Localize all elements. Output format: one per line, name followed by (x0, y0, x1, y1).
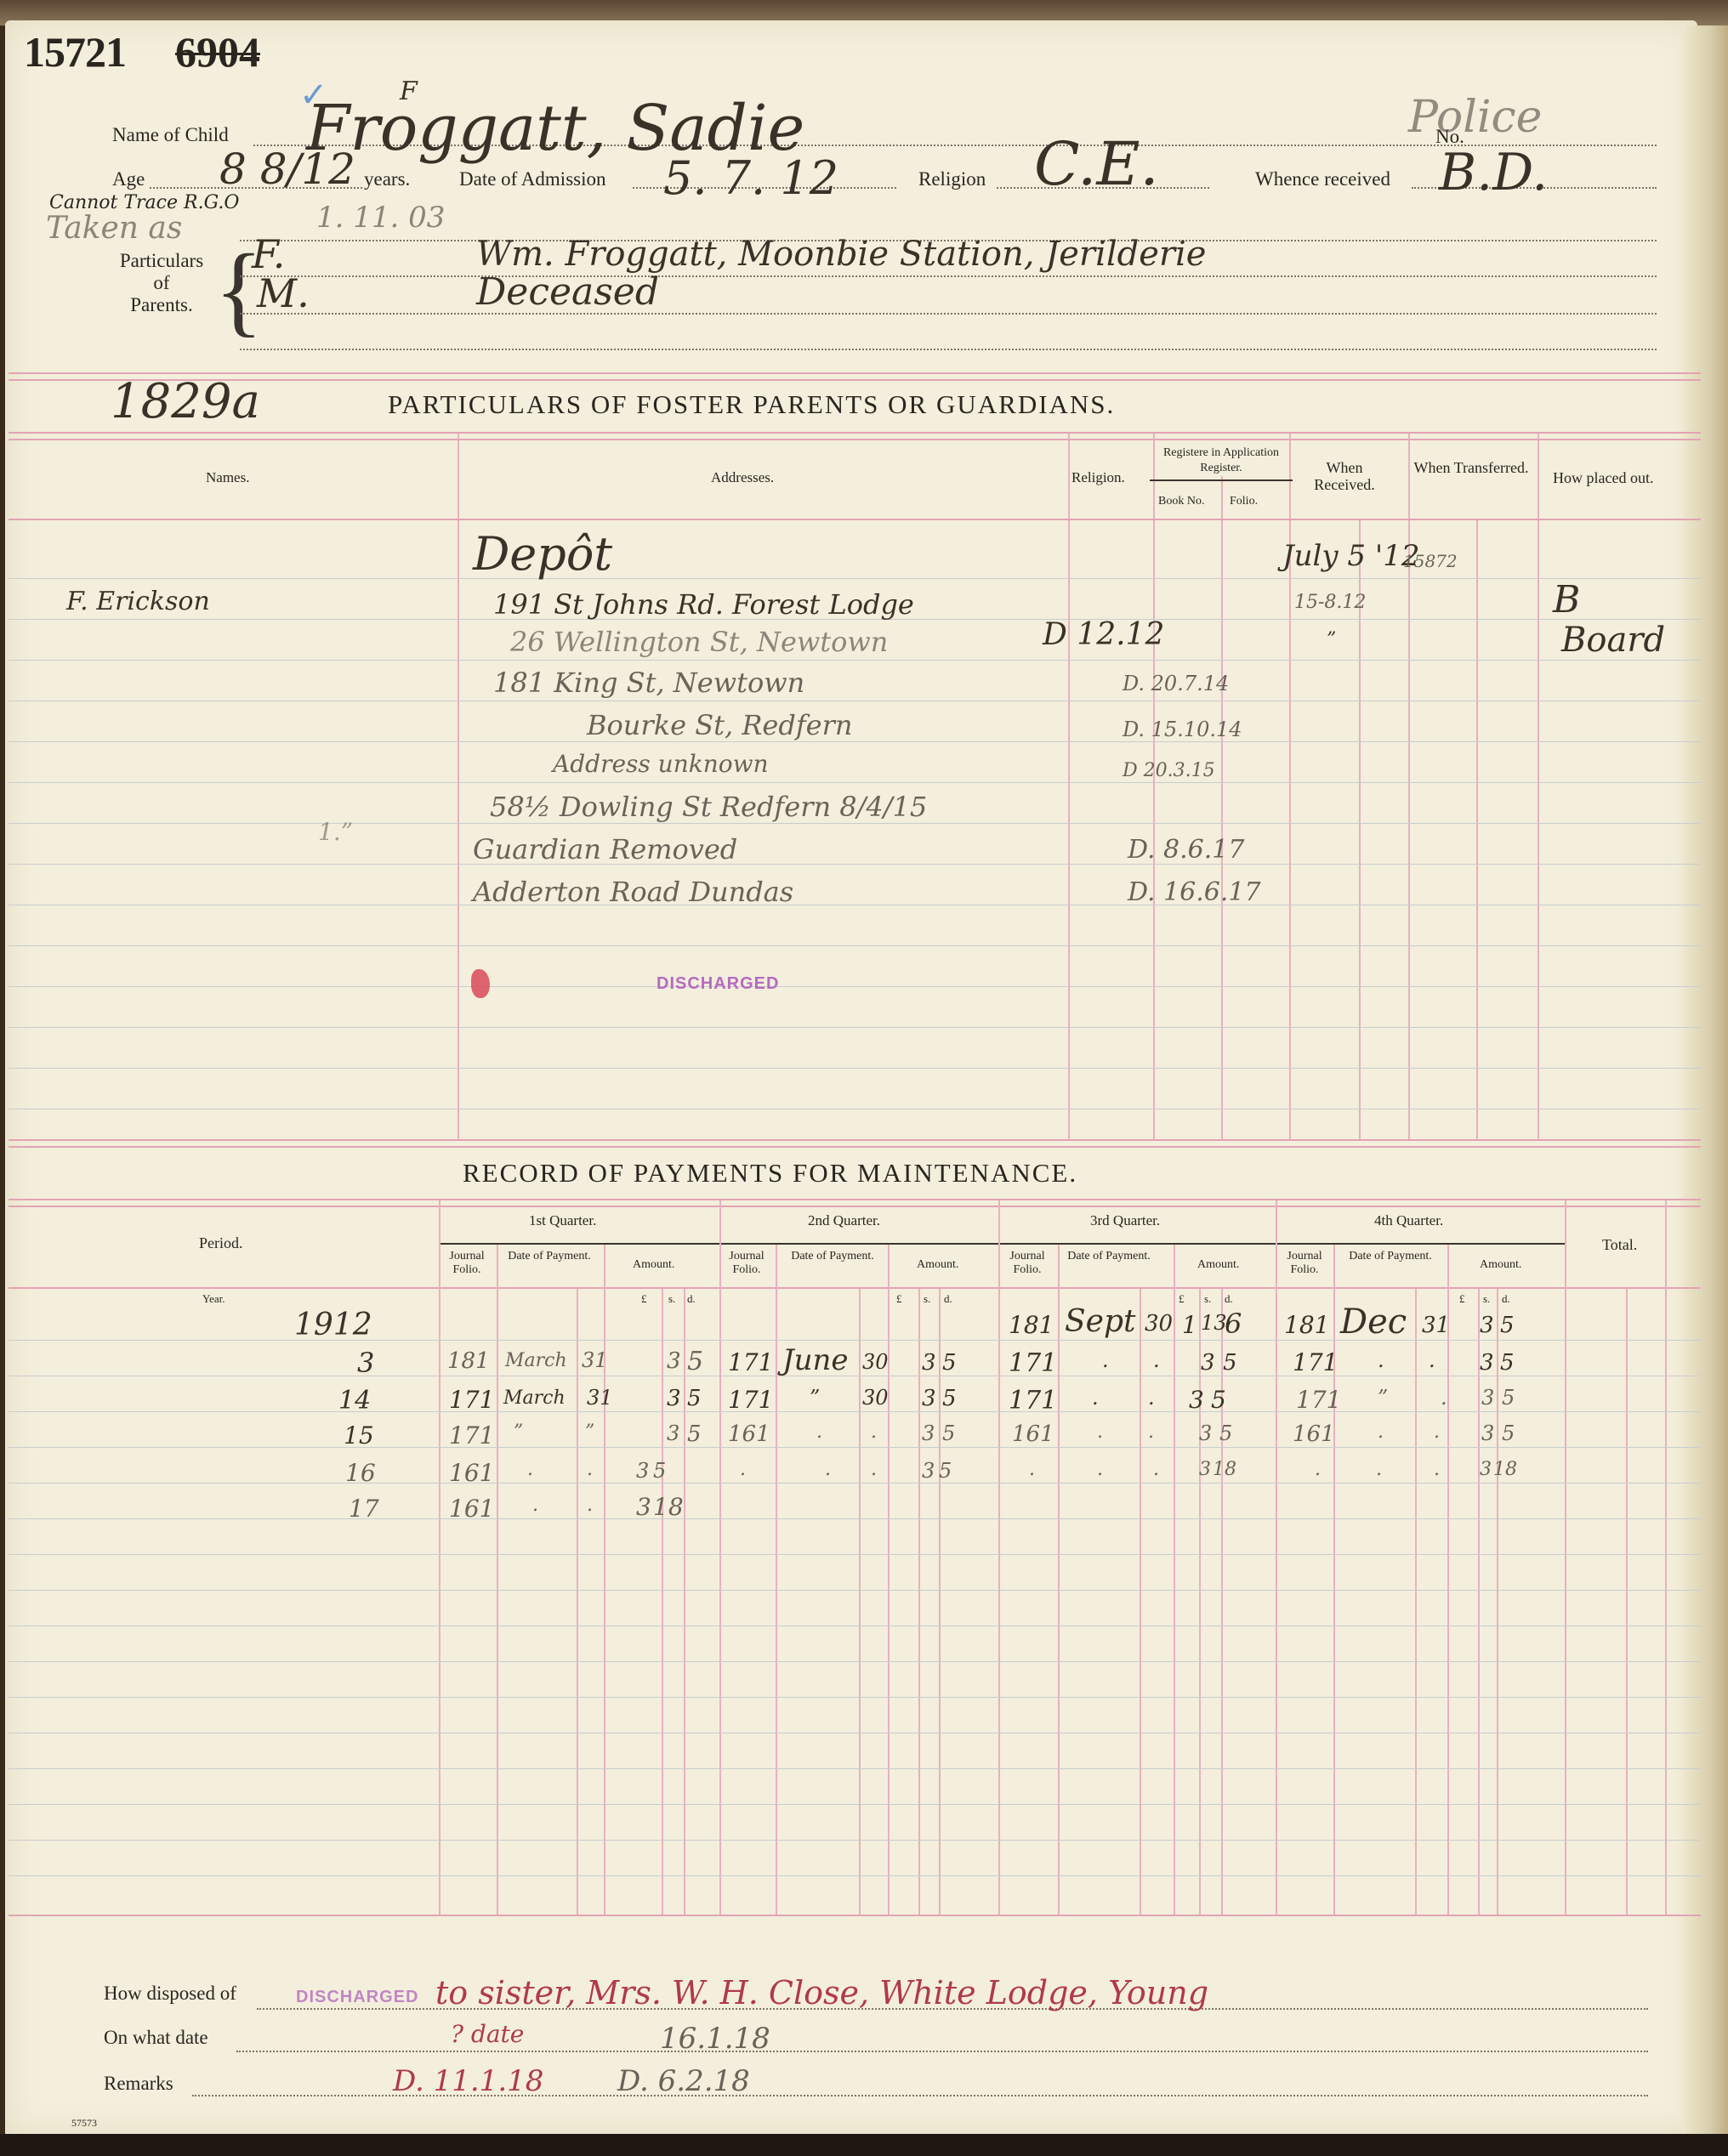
payment-shillings: 3 (1480, 1350, 1494, 1376)
col-divider (604, 1245, 605, 1915)
ruled-line (9, 1447, 1701, 1448)
col-divider (939, 1289, 941, 1915)
ruled-line (9, 905, 1701, 905)
payment-day: . (1148, 1421, 1154, 1443)
col-shillings: s. (1204, 1292, 1211, 1306)
payment-pence: 5 (1500, 1313, 1515, 1338)
col-divider (1447, 1245, 1449, 1915)
ruled-line (9, 660, 1701, 661)
col-divider (1221, 476, 1223, 1139)
whence-value: B.D. (1439, 143, 1548, 202)
label-whence-received: Whence received (1255, 168, 1390, 190)
payment-date: June (782, 1343, 849, 1377)
religion-value: C.E. (1034, 129, 1159, 199)
label-date-of-admission: Date of Admission (459, 168, 606, 190)
payment-day: . (871, 1421, 877, 1443)
col-quarter-4: 4th Quarter. (1374, 1212, 1443, 1229)
foster-row-address: Guardian Removed (473, 833, 737, 865)
foster-row-address: Depôt (473, 527, 612, 581)
col-pence: d. (687, 1292, 696, 1306)
ruled-line (9, 1804, 1701, 1805)
payment-date: . (1102, 1348, 1109, 1372)
col-divider (776, 1245, 777, 1915)
foster-row-dates: D 20.3.15 (1123, 760, 1215, 781)
label-on-what-date: On what date (104, 2027, 208, 2049)
label-how-disposed-of: How disposed of (104, 1983, 236, 2005)
col-divider (719, 1200, 721, 1915)
payment-shillings: 3 (1189, 1386, 1204, 1414)
col-addresses: Addresses. (711, 469, 774, 486)
payment-day: 31 (582, 1348, 608, 1372)
payment-shillings: 3 (922, 1459, 935, 1483)
col-amount: Amount. (1197, 1258, 1239, 1272)
remarks-1: D. 11.1.18 (393, 2064, 543, 2098)
payment-date: . (1378, 1421, 1384, 1443)
col-divider (1476, 519, 1478, 1139)
payment-day: 31 (1422, 1313, 1450, 1338)
label-particulars: Particulars (102, 250, 221, 272)
disposed-date: 16.1.18 (660, 2022, 770, 2056)
payment-date: . (825, 1459, 831, 1480)
ruled-line (9, 741, 1701, 742)
foster-row-received: July 5 '12 (1282, 539, 1419, 573)
payment-year: 15 (344, 1421, 374, 1450)
col-pence: d. (1225, 1292, 1233, 1306)
col-divider (1068, 434, 1070, 1139)
col-date-of-payment: Date of Payment. (1058, 1250, 1160, 1263)
col-amount: Amount. (1480, 1258, 1521, 1272)
col-divider (859, 1289, 861, 1915)
payment-shillings: 3 (1199, 1421, 1212, 1445)
foster-row-transfer-note: 15872 (1403, 551, 1458, 571)
col-period: Period. (199, 1234, 243, 1252)
payment-date: ” (514, 1421, 523, 1443)
payment-shillings: 3 (667, 1421, 679, 1445)
ruled-line (9, 945, 1701, 946)
payment-shillings: 3 (1480, 1313, 1494, 1338)
payment-year: 1912 (294, 1308, 372, 1342)
payment-day: 31 (587, 1386, 613, 1410)
payment-day: 30 (862, 1350, 889, 1374)
ruled-line (9, 1109, 1701, 1109)
payment-folio: 161 (449, 1495, 494, 1523)
payment-shillings: 3 (1481, 1421, 1494, 1445)
payment-date: ” (810, 1386, 820, 1410)
payment-year: 17 (349, 1495, 379, 1523)
ruled-line (9, 823, 1701, 824)
col-quarter-2: 2nd Quarter. (808, 1212, 880, 1229)
payment-day: . (1153, 1348, 1160, 1372)
payment-folio: 171 (449, 1421, 494, 1450)
ruled-line (9, 1840, 1701, 1841)
disposed-discharged-stamp: DISCHARGED (296, 1988, 418, 2007)
payment-shillings: 3 (922, 1386, 936, 1411)
foster-row-dates: D. 15.10.14 (1123, 718, 1242, 741)
foster-row-address: Bourke St, Redfern (587, 709, 853, 741)
foster-section-title: PARTICULARS OF FOSTER PARENTS OR GUARDIA… (388, 389, 1115, 420)
col-divider (1565, 1200, 1566, 1915)
foster-row-dates: D. 16.6.17 (1128, 877, 1261, 907)
col-divider (577, 1289, 578, 1915)
father-line (240, 275, 1657, 277)
payment-folio: 171 (1293, 1348, 1338, 1376)
margin-note-taken-as: Taken as (46, 211, 182, 246)
col-divider (684, 1289, 685, 1915)
payment-pence: 5 (687, 1386, 702, 1411)
parents-line-bottom (240, 349, 1657, 350)
payment-folio: 181 (1009, 1311, 1054, 1339)
payment-date: Dec (1340, 1302, 1407, 1342)
payment-shillings: 3 (922, 1421, 935, 1445)
payment-date: . (1097, 1459, 1103, 1480)
payment-shillings: 3 (922, 1350, 936, 1376)
payment-date: March (503, 1387, 566, 1409)
col-journal-folio: Journal Folio. (719, 1250, 774, 1277)
payment-folio: 161 (1012, 1421, 1054, 1447)
ruled-line (9, 1376, 1701, 1376)
payment-pence: 5 (1502, 1421, 1515, 1445)
col-amount: Amount. (917, 1258, 958, 1272)
payment-day: . (1434, 1421, 1440, 1443)
ruled-line (9, 1518, 1701, 1519)
payment-date: . (816, 1421, 822, 1443)
col-date-of-payment: Date of Payment. (777, 1250, 888, 1263)
col-quarter-3: 3rd Quarter. (1090, 1212, 1160, 1229)
red-ink-mark-icon (471, 969, 490, 998)
payment-day: 30 (1145, 1311, 1173, 1336)
label-of: of (102, 272, 221, 294)
col-pounds: £ (896, 1292, 902, 1306)
label-age: Age (112, 168, 145, 190)
col-divider (458, 434, 459, 1139)
payment-day: . (1429, 1348, 1435, 1372)
foster-row-address: 181 King St, Newtown (493, 667, 804, 699)
label-religion: Religion (918, 168, 986, 190)
col-date-of-payment: Date of Payment. (498, 1250, 600, 1263)
birth-date-note: 1. 11. 03 (316, 201, 445, 235)
payment-pence: 6 (1225, 1308, 1242, 1340)
label-name-of-child: Name of Child (112, 124, 229, 146)
foster-row-name: F. Erickson (66, 587, 210, 616)
ruled-line (9, 1661, 1701, 1662)
payment-date: . (532, 1495, 538, 1516)
col-pence: d. (1502, 1292, 1510, 1306)
admission-date: 5. 7. 12 (663, 151, 838, 205)
payment-folio: 171 (1009, 1386, 1057, 1416)
mother-line (240, 313, 1657, 315)
payment-pence: 5 (939, 1459, 952, 1483)
foster-row-dates: D. 20.7.14 (1123, 672, 1229, 695)
header-underline (1150, 479, 1293, 481)
ruled-line (9, 1875, 1701, 1876)
label-years: years. (364, 168, 410, 190)
mother-label: M. (257, 270, 310, 316)
payment-pence: 5 (1223, 1350, 1237, 1376)
col-when-transferred: When Transferred. (1413, 459, 1529, 476)
payment-shillings: 3 (667, 1348, 681, 1374)
payment-day: . (871, 1459, 877, 1480)
payment-day: . (1441, 1386, 1447, 1410)
payment-pence: 5 (1502, 1386, 1515, 1410)
payment-folio: 181 (1284, 1311, 1329, 1339)
remarks-2: D. 6.2.18 (617, 2064, 750, 2098)
payment-year: 14 (338, 1386, 371, 1416)
ruled-line (9, 1768, 1701, 1769)
payment-folio: 171 (449, 1386, 494, 1414)
col-divider (1333, 1245, 1335, 1915)
payment-pence: 5 (1211, 1386, 1226, 1414)
col-divider (1058, 1245, 1060, 1915)
col-pounds: £ (1459, 1292, 1465, 1306)
payment-folio: 161 (1293, 1421, 1335, 1447)
payment-date: . (1097, 1421, 1103, 1443)
foster-row-address: 58½ Dowling St Redfern 8/4/15 (490, 791, 927, 823)
ruled-line (9, 1027, 1701, 1028)
col-divider (439, 1200, 441, 1915)
foster-header-rule (9, 432, 1701, 440)
col-divider (1221, 1289, 1223, 1915)
payment-shillings: 3 (1199, 1459, 1211, 1480)
payment-date: . (1092, 1386, 1099, 1410)
foster-ref-number: 1829a (111, 374, 260, 429)
ruled-line (9, 1626, 1701, 1626)
col-journal-folio: Journal Folio. (439, 1250, 495, 1277)
disposed-text: to sister, Mrs. W. H. Close, White Lodge… (435, 1974, 1208, 2011)
ruled-line (9, 1340, 1701, 1341)
payment-pence: 5 (942, 1421, 955, 1445)
payment-pence: 5 (653, 1459, 666, 1483)
payment-folio: . (1029, 1459, 1035, 1480)
payment-pence: 18 (1213, 1459, 1236, 1480)
col-divider (998, 1200, 1000, 1915)
foster-row-placed: B (1553, 578, 1580, 621)
ruled-line (9, 864, 1701, 865)
book-bottom-edge (0, 2134, 1728, 2156)
label-parents: Parents. (102, 294, 221, 316)
col-pounds: £ (641, 1292, 647, 1306)
col-year: Year. (202, 1292, 225, 1306)
payment-folio: 161 (728, 1421, 770, 1447)
foster-row-address: 26 Wellington St, Newtown (510, 626, 888, 658)
col-folio: Folio. (1230, 495, 1258, 508)
col-journal-folio: Journal Folio. (1000, 1250, 1054, 1277)
payment-pence: 18 (1493, 1459, 1517, 1480)
payment-pence: 5 (1500, 1350, 1515, 1376)
col-total: Total. (1602, 1236, 1637, 1254)
foster-row-dates: D 12.12 (1043, 617, 1164, 652)
foster-row-address: Address unknown (553, 750, 769, 778)
payment-year: 16 (345, 1459, 376, 1487)
date-line (236, 2051, 1648, 2052)
payment-shillings: 3 (667, 1386, 681, 1411)
ruled-line (9, 701, 1701, 701)
foster-row-placed: Board (1561, 621, 1665, 660)
payment-shillings: 3 (1201, 1350, 1215, 1376)
col-divider (1478, 1289, 1480, 1915)
payment-folio: . (1315, 1459, 1321, 1480)
col-quarter-1: 1st Quarter. (529, 1212, 596, 1229)
col-divider (1140, 1289, 1141, 1915)
col-divider (1538, 434, 1539, 1139)
payment-pence: 18 (653, 1493, 684, 1521)
payment-date: ” (1378, 1386, 1388, 1410)
payment-pence: 5 (687, 1347, 703, 1376)
payments-header-rule (9, 1199, 1701, 1207)
foster-row-address: Adderton Road Dundas (473, 876, 793, 908)
label-particulars-of-parents: Particulars of Parents. (102, 250, 221, 316)
payment-year: 3 (357, 1347, 374, 1379)
date-note: ? date (451, 2020, 524, 2048)
payment-shillings: 13 (1201, 1311, 1227, 1335)
foster-row-received: ” (1327, 629, 1336, 650)
col-divider (1174, 1245, 1175, 1915)
old-record-number: 6904 (175, 27, 260, 77)
foster-row-received: 15-8.12 (1294, 592, 1366, 613)
ruled-line (9, 1733, 1701, 1733)
payment-date: Sept (1065, 1304, 1135, 1339)
col-shillings: s. (668, 1292, 675, 1306)
col-shillings: s. (924, 1292, 930, 1306)
col-divider (1276, 1200, 1277, 1915)
payment-date: . (527, 1459, 533, 1480)
label-remarks: Remarks (104, 2073, 173, 2095)
payments-section-title: RECORD OF PAYMENTS FOR MAINTENANCE. (463, 1158, 1077, 1189)
payment-shillings: 3 (636, 1459, 649, 1483)
father-value: Wm. Froggatt, Moonbie Station, Jerilderi… (476, 235, 1206, 274)
record-number: 15721 (24, 27, 126, 77)
ruled-line (9, 986, 1701, 987)
police-note: Police (1408, 92, 1542, 143)
payment-shillings: 3 (1480, 1459, 1492, 1480)
payment-date: March (505, 1350, 567, 1371)
payment-folio: 171 (1296, 1386, 1341, 1414)
section-rule-top (9, 372, 1701, 381)
payment-pence: 5 (1219, 1421, 1232, 1445)
payment-day: ” (585, 1421, 594, 1443)
book-spine-edge (1682, 26, 1728, 2134)
payment-date: . (1378, 1348, 1384, 1372)
col-pence: d. (944, 1292, 952, 1306)
col-book-no: Book No. (1158, 495, 1204, 508)
quarter-underline (439, 1243, 1566, 1245)
payment-pence: 5 (942, 1386, 957, 1411)
table-bottom-rule (9, 1915, 1701, 1916)
payment-shillings: 3 (1481, 1386, 1494, 1410)
col-divider (888, 1245, 890, 1915)
col-divider (662, 1289, 663, 1915)
foster-row-dates: D. 8.6.17 (1128, 835, 1244, 865)
payment-shillings: 3 (636, 1493, 651, 1521)
ruled-line (9, 1590, 1701, 1591)
ruled-line (9, 782, 1701, 783)
col-divider (497, 1245, 498, 1915)
col-registered-in-application-register: Registere in Application Register. (1148, 445, 1294, 476)
age-value: 8 8/12 (219, 145, 355, 194)
payment-day: . (1153, 1459, 1159, 1480)
col-divider (1415, 1289, 1417, 1915)
payment-day: . (1434, 1459, 1440, 1480)
col-how-placed-out: How placed out. (1553, 469, 1653, 487)
payment-folio: 171 (728, 1386, 773, 1414)
ruled-line (9, 1483, 1701, 1484)
payment-day: . (587, 1459, 593, 1480)
header-bottom-rule (9, 519, 1701, 520)
payment-folio: . (740, 1459, 746, 1480)
margin-mark: 1.” (318, 818, 353, 846)
payment-day: 30 (862, 1386, 889, 1410)
payment-folio: 161 (449, 1459, 494, 1487)
section-rule-top (9, 1139, 1701, 1148)
foster-row-address: 191 St Johns Rd. Forest Lodge (493, 588, 914, 621)
payment-pence: 5 (942, 1350, 957, 1376)
col-divider (1199, 1289, 1201, 1915)
ruled-line (9, 1411, 1701, 1412)
payment-folio: 171 (1009, 1348, 1057, 1378)
col-amount: Amount. (633, 1258, 674, 1272)
col-divider (1665, 1200, 1667, 1915)
form-number: 57573 (71, 2117, 97, 2130)
payment-pounds: 1 (1182, 1311, 1197, 1339)
ruled-line (9, 1068, 1701, 1069)
ruled-line (9, 1554, 1701, 1555)
col-divider (1153, 434, 1155, 1139)
ruled-line (9, 578, 1701, 579)
mother-value: Deceased (476, 270, 659, 314)
payment-day: . (587, 1495, 593, 1516)
payment-day: . (1148, 1386, 1155, 1410)
col-religion: Religion. (1071, 469, 1125, 486)
col-shillings: s. (1483, 1292, 1490, 1306)
col-names: Names. (206, 469, 249, 486)
col-divider (918, 1289, 920, 1915)
col-journal-folio: Journal Folio. (1277, 1250, 1332, 1277)
payment-date: . (1376, 1459, 1382, 1480)
col-when-received: When Received. (1298, 459, 1391, 493)
payment-folio: 181 (447, 1348, 490, 1374)
discharged-stamp: DISCHARGED (657, 974, 779, 994)
ruled-line (9, 1697, 1701, 1698)
payment-pence: 5 (687, 1421, 702, 1447)
col-pounds: £ (1179, 1292, 1185, 1306)
payment-folio: 171 (728, 1348, 773, 1376)
col-divider (1497, 1289, 1498, 1915)
col-date-of-payment: Date of Payment. (1335, 1250, 1446, 1263)
col-divider (1626, 1289, 1628, 1915)
